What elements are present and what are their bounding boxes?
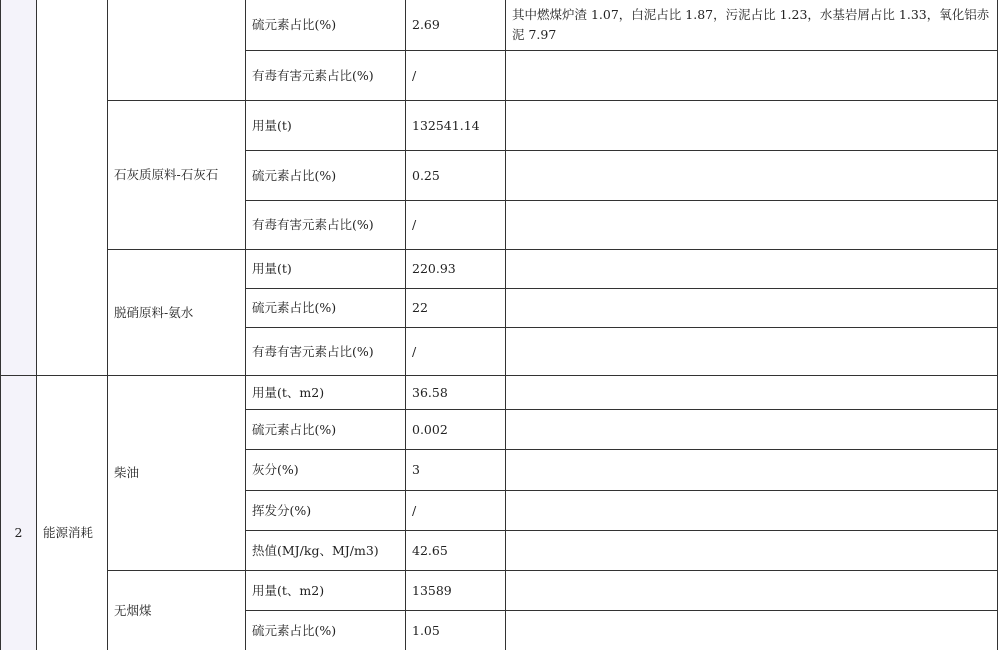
metric-cell: 硫元素占比(%)	[246, 0, 406, 51]
item-name-cell: 无烟煤	[108, 571, 246, 650]
metric-cell: 硫元素占比(%)	[246, 611, 406, 650]
note-cell	[506, 450, 998, 491]
metric-cell: 有毒有害元素占比(%)	[246, 51, 406, 101]
value-cell: 0.002	[406, 410, 506, 450]
value-cell: /	[406, 201, 506, 250]
metric-cell: 硫元素占比(%)	[246, 410, 406, 450]
note-cell	[506, 151, 998, 201]
metric-cell: 硫元素占比(%)	[246, 289, 406, 328]
table-row: 2 能源消耗 柴油 用量(t、m2) 36.58	[1, 376, 998, 410]
note-cell	[506, 410, 998, 450]
item-name-cell: 柴油	[108, 376, 246, 571]
note-cell	[506, 101, 998, 151]
note-cell	[506, 51, 998, 101]
note-cell	[506, 250, 998, 289]
item-name-cell: 脱硝原料-氨水	[108, 250, 246, 376]
value-cell: 132541.14	[406, 101, 506, 151]
note-cell	[506, 289, 998, 328]
value-cell: /	[406, 328, 506, 376]
item-name-cell	[108, 0, 246, 101]
table-row: 石灰质原料-石灰石 用量(t) 132541.14	[1, 101, 998, 151]
value-cell: 220.93	[406, 250, 506, 289]
metric-cell: 硫元素占比(%)	[246, 151, 406, 201]
note-cell	[506, 611, 998, 650]
metric-cell: 有毒有害元素占比(%)	[246, 201, 406, 250]
table-row: 脱硝原料-氨水 用量(t) 220.93	[1, 250, 998, 289]
value-cell: /	[406, 491, 506, 531]
metric-cell: 用量(t)	[246, 250, 406, 289]
value-cell: 2.69	[406, 0, 506, 51]
value-cell: 0.25	[406, 151, 506, 201]
table-row: 无烟煤 用量(t、m2) 13589	[1, 571, 998, 611]
value-cell: /	[406, 51, 506, 101]
value-cell: 1.05	[406, 611, 506, 650]
note-cell	[506, 328, 998, 376]
category-cell	[37, 0, 108, 376]
note-cell: 其中燃煤炉渣 1.07，白泥占比 1.87，污泥占比 1.23，水基岩屑占比 1…	[506, 0, 998, 51]
item-name-cell: 石灰质原料-石灰石	[108, 101, 246, 250]
note-cell	[506, 201, 998, 250]
note-cell	[506, 571, 998, 611]
metric-cell: 挥发分(%)	[246, 491, 406, 531]
value-cell: 22	[406, 289, 506, 328]
note-cell	[506, 376, 998, 410]
metric-cell: 热值(MJ/kg、MJ/m3)	[246, 531, 406, 571]
value-cell: 3	[406, 450, 506, 491]
metric-cell: 有毒有害元素占比(%)	[246, 328, 406, 376]
value-cell: 42.65	[406, 531, 506, 571]
row-number-cell	[1, 0, 37, 376]
category-cell: 能源消耗	[37, 376, 108, 650]
metric-cell: 灰分(%)	[246, 450, 406, 491]
table-row: 硫元素占比(%) 2.69 其中燃煤炉渣 1.07，白泥占比 1.87，污泥占比…	[1, 0, 998, 51]
note-cell	[506, 531, 998, 571]
row-number-cell: 2	[1, 376, 37, 650]
note-cell	[506, 491, 998, 531]
materials-energy-table: 硫元素占比(%) 2.69 其中燃煤炉渣 1.07，白泥占比 1.87，污泥占比…	[0, 0, 998, 650]
metric-cell: 用量(t、m2)	[246, 376, 406, 410]
value-cell: 13589	[406, 571, 506, 611]
value-cell: 36.58	[406, 376, 506, 410]
metric-cell: 用量(t、m2)	[246, 571, 406, 611]
metric-cell: 用量(t)	[246, 101, 406, 151]
